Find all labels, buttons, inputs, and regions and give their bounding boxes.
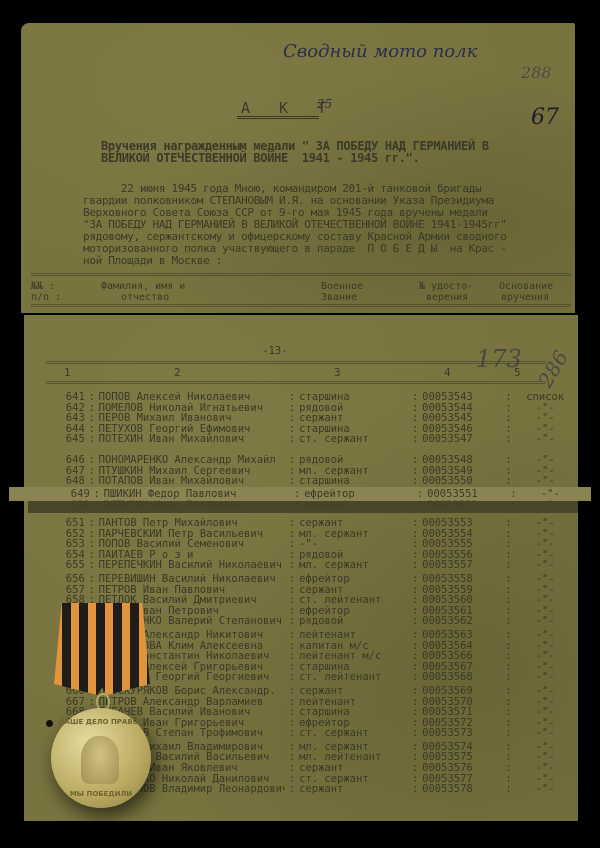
- military-rank: старшина: [299, 662, 408, 673]
- recipient-name: ПОТЕХИН Иван Михайлович: [99, 434, 286, 445]
- military-rank: -"-: [299, 539, 408, 550]
- military-rank: лейтенант: [299, 630, 408, 641]
- military-rank: капитан м/с: [299, 641, 408, 652]
- certificate-number: 00053553: [422, 518, 501, 529]
- military-rank: рядовой: [299, 403, 408, 414]
- recipient-name: ПЕРЕВИШИН Василий Николаевич: [99, 574, 286, 585]
- certificate-number: 00053551: [427, 489, 506, 500]
- handwritten-unit-note: Сводный мото полк: [283, 41, 477, 62]
- row-number: 645: [55, 434, 85, 445]
- military-rank: мл. сержант: [299, 742, 408, 753]
- award-basis: -"-: [515, 616, 575, 627]
- military-rank: ст. лейтенант: [299, 672, 408, 683]
- certificate-number: 00053550: [422, 476, 501, 487]
- archive-number-2: 67: [531, 105, 559, 130]
- table-row: 645:ПОТЕХИН Иван Михайлович:ст. сержант:…: [55, 434, 575, 445]
- military-rank: сержант: [299, 763, 408, 774]
- recipient-name: ПЕРОВ Михаил Иванович: [99, 413, 286, 424]
- award-basis: список: [515, 392, 575, 403]
- recipient-name: ПЯТЫГИН Иван Потапович: [104, 500, 291, 511]
- recipient-name: ПОНОМАРЕНКО Александр Михайл: [99, 455, 286, 466]
- table-row: 649:ПШИКИН Федор Павлович:ефрейтор:00053…: [60, 489, 580, 500]
- military-rank: старшина: [299, 476, 408, 487]
- archive-number-1: 288: [521, 63, 552, 82]
- military-rank: сержант: [299, 413, 408, 424]
- col-cert-header-2: верения: [426, 292, 468, 303]
- colnum-rule-bottom: [46, 381, 546, 384]
- award-table-group-2: 646:ПОНОМАРЕНКО Александр Михайл:рядовой…: [55, 455, 575, 487]
- recipient-name: ПОТАПОВ Иван Михайлович: [99, 476, 286, 487]
- military-rank: лейтенант: [299, 697, 408, 708]
- col-no-header-2: п/п :: [31, 292, 61, 303]
- colnum-rule-top: [46, 361, 546, 364]
- col-name-header-1: Фамилия, имя и: [101, 281, 185, 292]
- certificate-number: 00053543: [422, 392, 501, 403]
- military-rank: ефрейтор: [299, 718, 408, 729]
- heading-line-2: ВЕЛИКОЙ ОТЕЧЕСТВЕННОЙ ВОЙНЕ 1941 - 1945 …: [101, 152, 420, 164]
- military-rank: старшина: [299, 707, 408, 718]
- recipient-name: ПАЙТАЕВ Р о з и: [99, 550, 286, 561]
- recipient-name: ПОПОВ Алексей Николаевич: [99, 392, 286, 403]
- table-row: 644:ПЕТУХОВ Георгий Ефимович:старшина:00…: [55, 424, 575, 435]
- certificate-number: 00053547: [422, 434, 501, 445]
- certificate-number: 00053552: [427, 500, 506, 511]
- recipient-name: ПОПОВ Василий Семенович: [99, 539, 286, 550]
- recipient-name: ПЕРЕПЕЧКИН Василий Николаевич: [99, 560, 286, 571]
- table-row: 647:ПТУШКИН Михаил Сергеевич:мл. сержант…: [55, 466, 575, 477]
- award-basis: -"-: [515, 728, 575, 739]
- recipient-name: ПЕТУХОВ Георгий Ефимович: [99, 424, 286, 435]
- certificate-number: 00053563: [422, 630, 501, 641]
- table-row: 646:ПОНОМАРЕНКО Александр Михайл:рядовой…: [55, 455, 575, 466]
- col-rank-header-2: Звание: [321, 292, 357, 303]
- row-number: 655: [55, 560, 85, 571]
- certificate-number: 00053568: [422, 672, 501, 683]
- certificate-number: 00053557: [422, 560, 501, 571]
- military-rank: мл. сержант: [299, 466, 408, 477]
- award-basis: -"-: [515, 574, 575, 585]
- military-rank: ст. сержант: [299, 774, 408, 785]
- col-name-header-2: отчество: [121, 292, 169, 303]
- victory-medal: НАШЕ ДЕЛО ПРАВОЕ МЫ ПОБЕДИЛИ: [48, 603, 168, 813]
- award-basis: -"-: [515, 560, 575, 571]
- military-rank: сержант: [299, 585, 408, 596]
- military-rank: ефрейтор: [299, 606, 408, 617]
- table-row: 653:ПОПОВ Василий Семенович:-"-:00053555…: [55, 539, 575, 550]
- recipient-name: ПАРЧЕВСКИЙ Петр Васильевич: [99, 529, 286, 540]
- certificate-number: 00053569: [422, 686, 501, 697]
- medal-coin: НАШЕ ДЕЛО ПРАВОЕ МЫ ПОБЕДИЛИ: [51, 708, 151, 808]
- row-number: 651: [55, 518, 85, 529]
- st-george-ribbon: [54, 603, 150, 695]
- column-number-3: 3: [334, 367, 340, 378]
- military-rank: ст. сержант: [299, 728, 408, 739]
- col-no-header-1: №№ :: [31, 281, 55, 292]
- military-rank: рядовой: [299, 616, 408, 627]
- row-number: 646: [55, 455, 85, 466]
- military-rank: рядовой: [299, 550, 408, 561]
- paragraph-line-7: ной Площади в Москве :: [83, 255, 222, 267]
- recipient-name: ПЕТРОВ Иван Павлович: [99, 585, 286, 596]
- recipient-name: ПОМЕЛОВ Николай Игнатьевич: [99, 403, 286, 414]
- document-top-sheet: Сводный мото полк 288 67 А К Т 25 Вручен…: [21, 23, 575, 313]
- row-number: 650: [60, 500, 90, 511]
- award-basis: -"-: [515, 672, 575, 683]
- table-row: 657:ПЕТРОВ Иван Павлович:сержант:0005355…: [55, 585, 575, 596]
- award-basis: -"-: [515, 476, 575, 487]
- military-rank: сержант: [299, 784, 408, 795]
- military-rank: ст. лейтенант: [299, 595, 408, 606]
- table-row: 652:ПАРЧЕВСКИЙ Петр Васильевич:мл. сержа…: [55, 529, 575, 540]
- col-cert-header-1: № удосто-: [419, 281, 473, 292]
- col-basis-header-1: Основание: [499, 281, 553, 292]
- military-rank: лейтенант м/с: [299, 651, 408, 662]
- military-rank: мл. сержант: [299, 529, 408, 540]
- act-number: 25: [317, 97, 332, 111]
- table-row: 648:ПОТАПОВ Иван Михайлович:старшина:000…: [55, 476, 575, 487]
- handwritten-page-number-2: 286: [533, 346, 573, 391]
- row-number: 656: [55, 574, 85, 585]
- table-row: 643:ПЕРОВ Михаил Иванович:сержант:000535…: [55, 413, 575, 424]
- military-rank: рядовой: [304, 500, 413, 511]
- military-rank: ефрейтор: [299, 574, 408, 585]
- table-row: 651:ПАНТОВ Петр Михайлович:сержант:00053…: [55, 518, 575, 529]
- military-rank: ст. сержант: [299, 434, 408, 445]
- column-number-4: 4: [444, 367, 450, 378]
- medal-inscription-bottom: МЫ ПОБЕДИЛИ: [51, 790, 151, 798]
- recipient-name: ПТУШКИН Михаил Сергеевич: [99, 466, 286, 477]
- military-rank: мл. лейтенант: [299, 752, 408, 763]
- military-rank: старшина: [299, 392, 408, 403]
- award-basis: -"-: [515, 455, 575, 466]
- table-row: 650:ПЯТЫГИН Иван Потапович:рядовой:00053…: [60, 500, 580, 511]
- certificate-number: 00053578: [422, 784, 501, 795]
- award-basis: -"-: [515, 686, 575, 697]
- column-number-2: 2: [174, 367, 180, 378]
- military-rank: мл. сержант: [299, 560, 408, 571]
- table-rule-header-bottom: [31, 304, 571, 307]
- column-number-5: 5: [514, 367, 520, 378]
- certificate-number: 00053548: [422, 455, 501, 466]
- col-rank-header-1: Военное: [321, 281, 363, 292]
- col-basis-header-2: вручения: [501, 292, 549, 303]
- medal-inscription-top: НАШЕ ДЕЛО ПРАВОЕ: [51, 718, 151, 726]
- page-number: -13-: [262, 345, 287, 356]
- portrait-relief-icon: [81, 736, 119, 784]
- certificate-number: 00053562: [422, 616, 501, 627]
- row-number: 641: [55, 392, 85, 403]
- row-number: 649: [60, 489, 90, 500]
- award-basis: -"-: [520, 489, 580, 500]
- row-number: 648: [55, 476, 85, 487]
- military-rank: сержант: [299, 518, 408, 529]
- table-row: 641:ПОПОВ Алексей Николаевич:старшина:00…: [55, 392, 575, 403]
- award-basis: -"-: [515, 784, 575, 795]
- title-underline: [237, 116, 319, 119]
- recipient-name: ПАНТОВ Петр Михайлович: [99, 518, 286, 529]
- award-basis: -"-: [515, 434, 575, 445]
- table-row: 655:ПЕРЕПЕЧКИН Василий Николаевич:мл. се…: [55, 560, 575, 571]
- military-rank: старшина: [299, 424, 408, 435]
- award-table: 641:ПОПОВ Алексей Николаевич:старшина:00…: [55, 392, 575, 448]
- table-row: 642:ПОМЕЛОВ Николай Игнатьевич:рядовой:0…: [55, 403, 575, 414]
- table-row: 656:ПЕРЕВИШИН Василий Николаевич:ефрейто…: [55, 574, 575, 585]
- military-rank: рядовой: [299, 455, 408, 466]
- award-basis: -"-: [515, 630, 575, 641]
- certificate-number: 00053558: [422, 574, 501, 585]
- column-number-1: 1: [64, 367, 70, 378]
- military-rank: ефрейтор: [304, 489, 413, 500]
- row-group-1: 641:ПОПОВ Алексей Николаевич:старшина:00…: [55, 392, 575, 445]
- award-basis: -"-: [520, 500, 580, 511]
- award-basis: -"-: [515, 518, 575, 529]
- table-row: 654:ПАЙТАЕВ Р о з и:рядовой:00053556:-"-: [55, 550, 575, 561]
- award-table-strip-row: 649:ПШИКИН Федор Павлович:ефрейтор:00053…: [60, 489, 580, 510]
- table-rule-top: [31, 273, 571, 276]
- certificate-number: 00053573: [422, 728, 501, 739]
- recipient-name: ПШИКИН Федор Павлович: [104, 489, 291, 500]
- military-rank: сержант: [299, 686, 408, 697]
